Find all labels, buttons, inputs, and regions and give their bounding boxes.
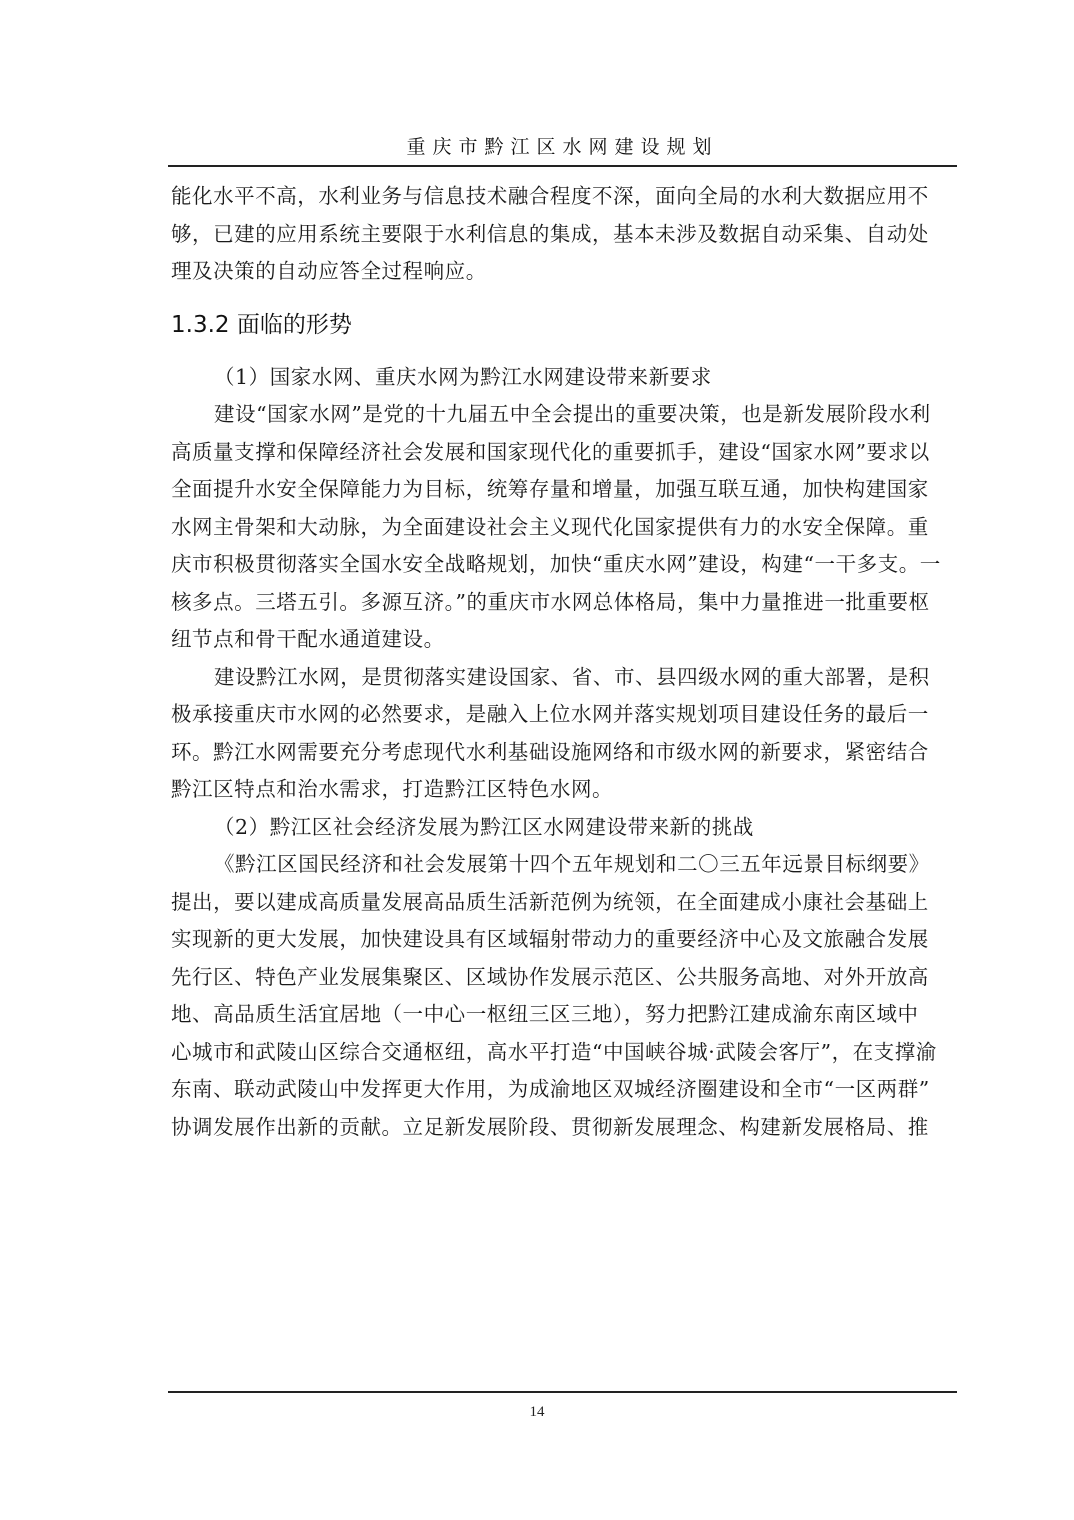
page-body: 能化水平不高，水利业务与信息技术融合程度不深，面向全局的水利大数据应用不 够，已… [171, 178, 957, 1146]
text-line: 黔江区特点和治水需求，打造黔江区特色水网。 [171, 771, 957, 809]
paragraph-qianjiang-water-network: 建设黔江水网，是贯彻落实建设国家、省、市、县四级水网的重大部署，是积 极承接重庆… [171, 659, 957, 809]
text-line: 高质量支撑和保障经济社会发展和国家现代化的重要抓手，建设“国家水网”要求以 [171, 434, 957, 472]
text-line: 东南、联动武陵山中发挥更大作用，为成渝地区双城经济圈建设和全市“一区两群” [171, 1071, 957, 1109]
text-line: 协调发展作出新的贡献。立足新发展阶段、贯彻新发展理念、构建新发展格局、推 [171, 1109, 957, 1147]
paragraph-national-water-network: 建设“国家水网”是党的十九届五中全会提出的重要决策，也是新发展阶段水利 高质量支… [171, 396, 957, 659]
text-line: 水网主骨架和大动脉，为全面建设社会主义现代化国家提供有力的水安全保障。重 [171, 509, 957, 547]
text-line: 建设黔江水网，是贯彻落实建设国家、省、市、县四级水网的重大部署，是积 [171, 659, 957, 697]
text-line: 理及决策的自动应答全过程响应。 [171, 253, 957, 291]
text-line: 实现新的更大发展，加快建设具有区域辐射带动力的重要经济中心及文旅融合发展 [171, 921, 957, 959]
subsection-title-1: （1）国家水网、重庆水网为黔江水网建设带来新要求 [171, 359, 957, 397]
text-line: 庆市积极贯彻落实全国水安全战略规划，加快“重庆水网”建设，构建“一干多支。一 [171, 546, 957, 584]
text-line: 核多点。三塔五引。多源互济。”的重庆市水网总体格局，集中力量推进一批重要枢 [171, 584, 957, 622]
text-line: 极承接重庆市水网的必然要求，是融入上位水网并落实规划项目建设任务的最后一 [171, 696, 957, 734]
text-line: 纽节点和骨干配水通道建设。 [171, 621, 957, 659]
text-line: 能化水平不高，水利业务与信息技术融合程度不深，面向全局的水利大数据应用不 [171, 178, 957, 216]
text-line: 《黔江区国民经济和社会发展第十四个五年规划和二〇三五年远景目标纲要》 [171, 846, 957, 884]
text-line: 建设“国家水网”是党的十九届五中全会提出的重要决策，也是新发展阶段水利 [171, 396, 957, 434]
text-line: 全面提升水安全保障能力为目标，统筹存量和增量，加强互联互通，加快构建国家 [171, 471, 957, 509]
page-number: 14 [0, 1404, 1074, 1421]
running-header: 重庆市黔江区水网建设规划 [168, 132, 957, 159]
footer-divider [168, 1391, 957, 1393]
paragraph-socioeconomic-development: 《黔江区国民经济和社会发展第十四个五年规划和二〇三五年远景目标纲要》 提出，要以… [171, 846, 957, 1146]
section-heading: 1.3.2 面临的形势 [171, 295, 957, 355]
text-line: 地、高品质生活宜居地（一中心一枢纽三区三地），努力把黔江建成渝东南区域中 [171, 996, 957, 1034]
text-line: 提出，要以建成高质量发展高品质生活新范例为统领，在全面建成小康社会基础上 [171, 884, 957, 922]
subsection-title-2: （2）黔江区社会经济发展为黔江区水网建设带来新的挑战 [171, 809, 957, 847]
intro-paragraph: 能化水平不高，水利业务与信息技术融合程度不深，面向全局的水利大数据应用不 够，已… [171, 178, 957, 291]
header-divider [168, 165, 957, 167]
text-line: 够，已建的应用系统主要限于水利信息的集成，基本未涉及数据自动采集、自动处 [171, 216, 957, 254]
text-line: 心城市和武陵山区综合交通枢纽，高水平打造“中国峡谷城·武陵会客厅”，在支撑渝 [171, 1034, 957, 1072]
text-line: 先行区、特色产业发展集聚区、区域协作发展示范区、公共服务高地、对外开放高 [171, 959, 957, 997]
text-line: 环。黔江水网需要充分考虑现代水利基础设施网络和市级水网的新要求，紧密结合 [171, 734, 957, 772]
